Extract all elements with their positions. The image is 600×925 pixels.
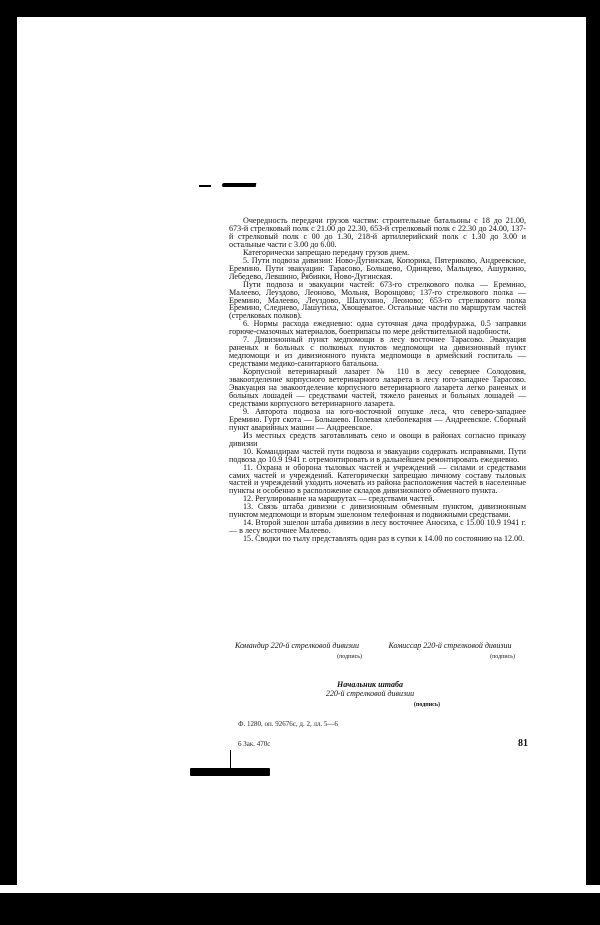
paragraph: 14. Второй эшелон штаба дивизии в лесу в… [229,519,526,535]
binding-mark [222,183,257,187]
paragraph: 7. Дивизионный пункт медпомощи в лесу во… [229,336,526,368]
paragraph: 11. Охрана и оборона тыловых частей и уч… [229,464,526,496]
signature-title: Начальник штаба [337,680,403,689]
signature-mark: (подпись) [232,653,362,662]
signature-mark: (подпись) [300,701,440,710]
signature-title: Комиссар 220-й стрелковой дивизии [389,641,512,650]
signature-mark: (подпись) [385,653,515,662]
paragraph: Пути подвоза и эвакуации частей: 673-го … [229,281,526,321]
paragraph: 15. Сводки по тылу представлять один раз… [229,535,526,543]
paragraph: Из местных средств заготавливать сено и … [229,432,526,448]
document-body: Очередность передачи грузов частям: стро… [229,217,526,543]
bottom-margin [0,885,600,893]
paragraph: 10. Командирам частей пути подвоза и эва… [229,448,526,464]
archive-reference: Ф. 1280, оп. 92676с, д. 2, лл. 5—6 [238,720,338,728]
print-order-note: 6 Зак. 470с [238,740,270,748]
paragraph: 13. Связь штаба дивизии с дивизионным об… [229,503,526,519]
signature-chief-of-staff: Начальник штаба 220-й стрелковой дивизии… [300,680,440,710]
paragraph: 5. Пути подвоза дивизии: Ново-Дугинская,… [229,257,526,281]
signature-commissar: Комиссар 220-й стрелковой дивизии (подпи… [385,641,515,662]
binding-mark [190,768,270,776]
paragraph: Очередность передачи грузов частям: стро… [229,217,526,249]
signature-title: Командир 220-й стрелковой дивизии [235,641,359,650]
binding-mark [199,185,211,187]
paragraph: Корпусной ветеринарный лазарет № 110 в л… [229,368,526,408]
page-number: 81 [518,738,528,749]
paragraph: 9. Авторота подвоза на юго-восточной опу… [229,408,526,432]
signature-subtitle: 220-й стрелковой дивизии [300,689,440,698]
signature-commander: Командир 220-й стрелковой дивизии (подпи… [232,641,362,662]
paragraph: 6. Нормы расхода ежедневно: одна суточна… [229,320,526,336]
scan-border-bottom [0,893,600,925]
